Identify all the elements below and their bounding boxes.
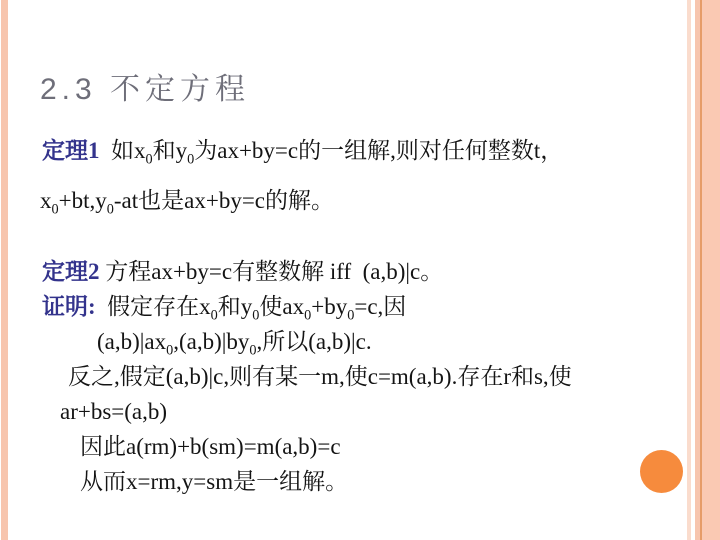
text-segment: x [40,188,52,213]
subscript-digit: 0 [52,202,59,218]
left-edge-stripe [1,0,8,540]
theorem1-text-line: x0+bt,y0-at也是ax+by=c的解。 [40,176,620,226]
text-segment: +by [311,294,347,319]
text-segment: 和y [218,294,253,319]
text-segment: +bt,y [59,188,107,213]
text-segment: -at也是ax+by=c的解。 [114,188,334,213]
text-segment: 反之,假定(a,b)|c,则有某一m,使c=m(a,b).存在r和s,使 [68,364,572,389]
text-segment: 假定存在x [96,294,211,319]
text-segment: 从而x=rm,y=sm是一组解。 [80,469,348,494]
text-segment: 使ax [259,294,304,319]
subscript-digit: 0 [211,308,218,324]
text-segment: ,所以(a,b)|c. [256,329,371,354]
theorem2-proof-block: 定理2 方程ax+by=c有整数解 iff (a,b)|c。证明: 假定存在x0… [40,254,620,499]
theorem2-text-line: 因此a(rm)+b(sm)=m(a,b)=c [40,429,620,464]
theorem-label: 证明: [42,294,96,319]
text-segment: 和y [153,138,188,163]
theorem1-block: 定理1 如x0和y0为ax+by=c的一组解,则对任何整数t，x0+bt,y0-… [40,126,620,226]
theorem2-text-line: ar+bs=(a,b) [40,394,620,429]
text-segment: ,(a,b)|by [173,329,249,354]
orange-circle-decoration [640,450,683,493]
theorem1-text-line: 定理1 如x0和y0为ax+by=c的一组解,则对任何整数t， [40,126,620,176]
text-segment: ar+bs=(a,b) [60,399,167,424]
theorem2-text-line: 证明: 假定存在x0和y0使ax0+by0=c,因 [40,289,620,324]
theorem-label: 定理1 [42,138,100,163]
theorem2-text-line: 从而x=rm,y=sm是一组解。 [40,464,620,499]
theorem2-text-line: (a,b)|ax0,(a,b)|by0,所以(a,b)|c. [40,324,620,359]
subscript-digit: 0 [146,152,153,168]
text-segment: 方程ax+by=c有整数解 iff (a,b)|c。 [100,259,444,284]
theorem2-text-line: 反之,假定(a,b)|c,则有某一m,使c=m(a,b).存在r和s,使 [40,359,620,394]
right-edge-stripe-wide [702,0,720,540]
subscript-digit: 0 [107,202,114,218]
text-segment: =c,因 [354,294,406,319]
text-segment: (a,b)|ax [97,329,166,354]
theorem2-text-line: 定理2 方程ax+by=c有整数解 iff (a,b)|c。 [40,254,620,289]
text-segment: 如x [100,138,146,163]
right-edge-stripe-thin [687,0,691,540]
text-segment: 因此a(rm)+b(sm)=m(a,b)=c [80,434,341,459]
theorem-label: 定理2 [42,259,100,284]
slide-title: 2.3 不定方程 [40,70,250,110]
text-segment: 为ax+by=c的一组解,则对任何整数t， [194,138,563,163]
slide: 2.3 不定方程 定理1 如x0和y0为ax+by=c的一组解,则对任何整数t，… [0,0,720,540]
